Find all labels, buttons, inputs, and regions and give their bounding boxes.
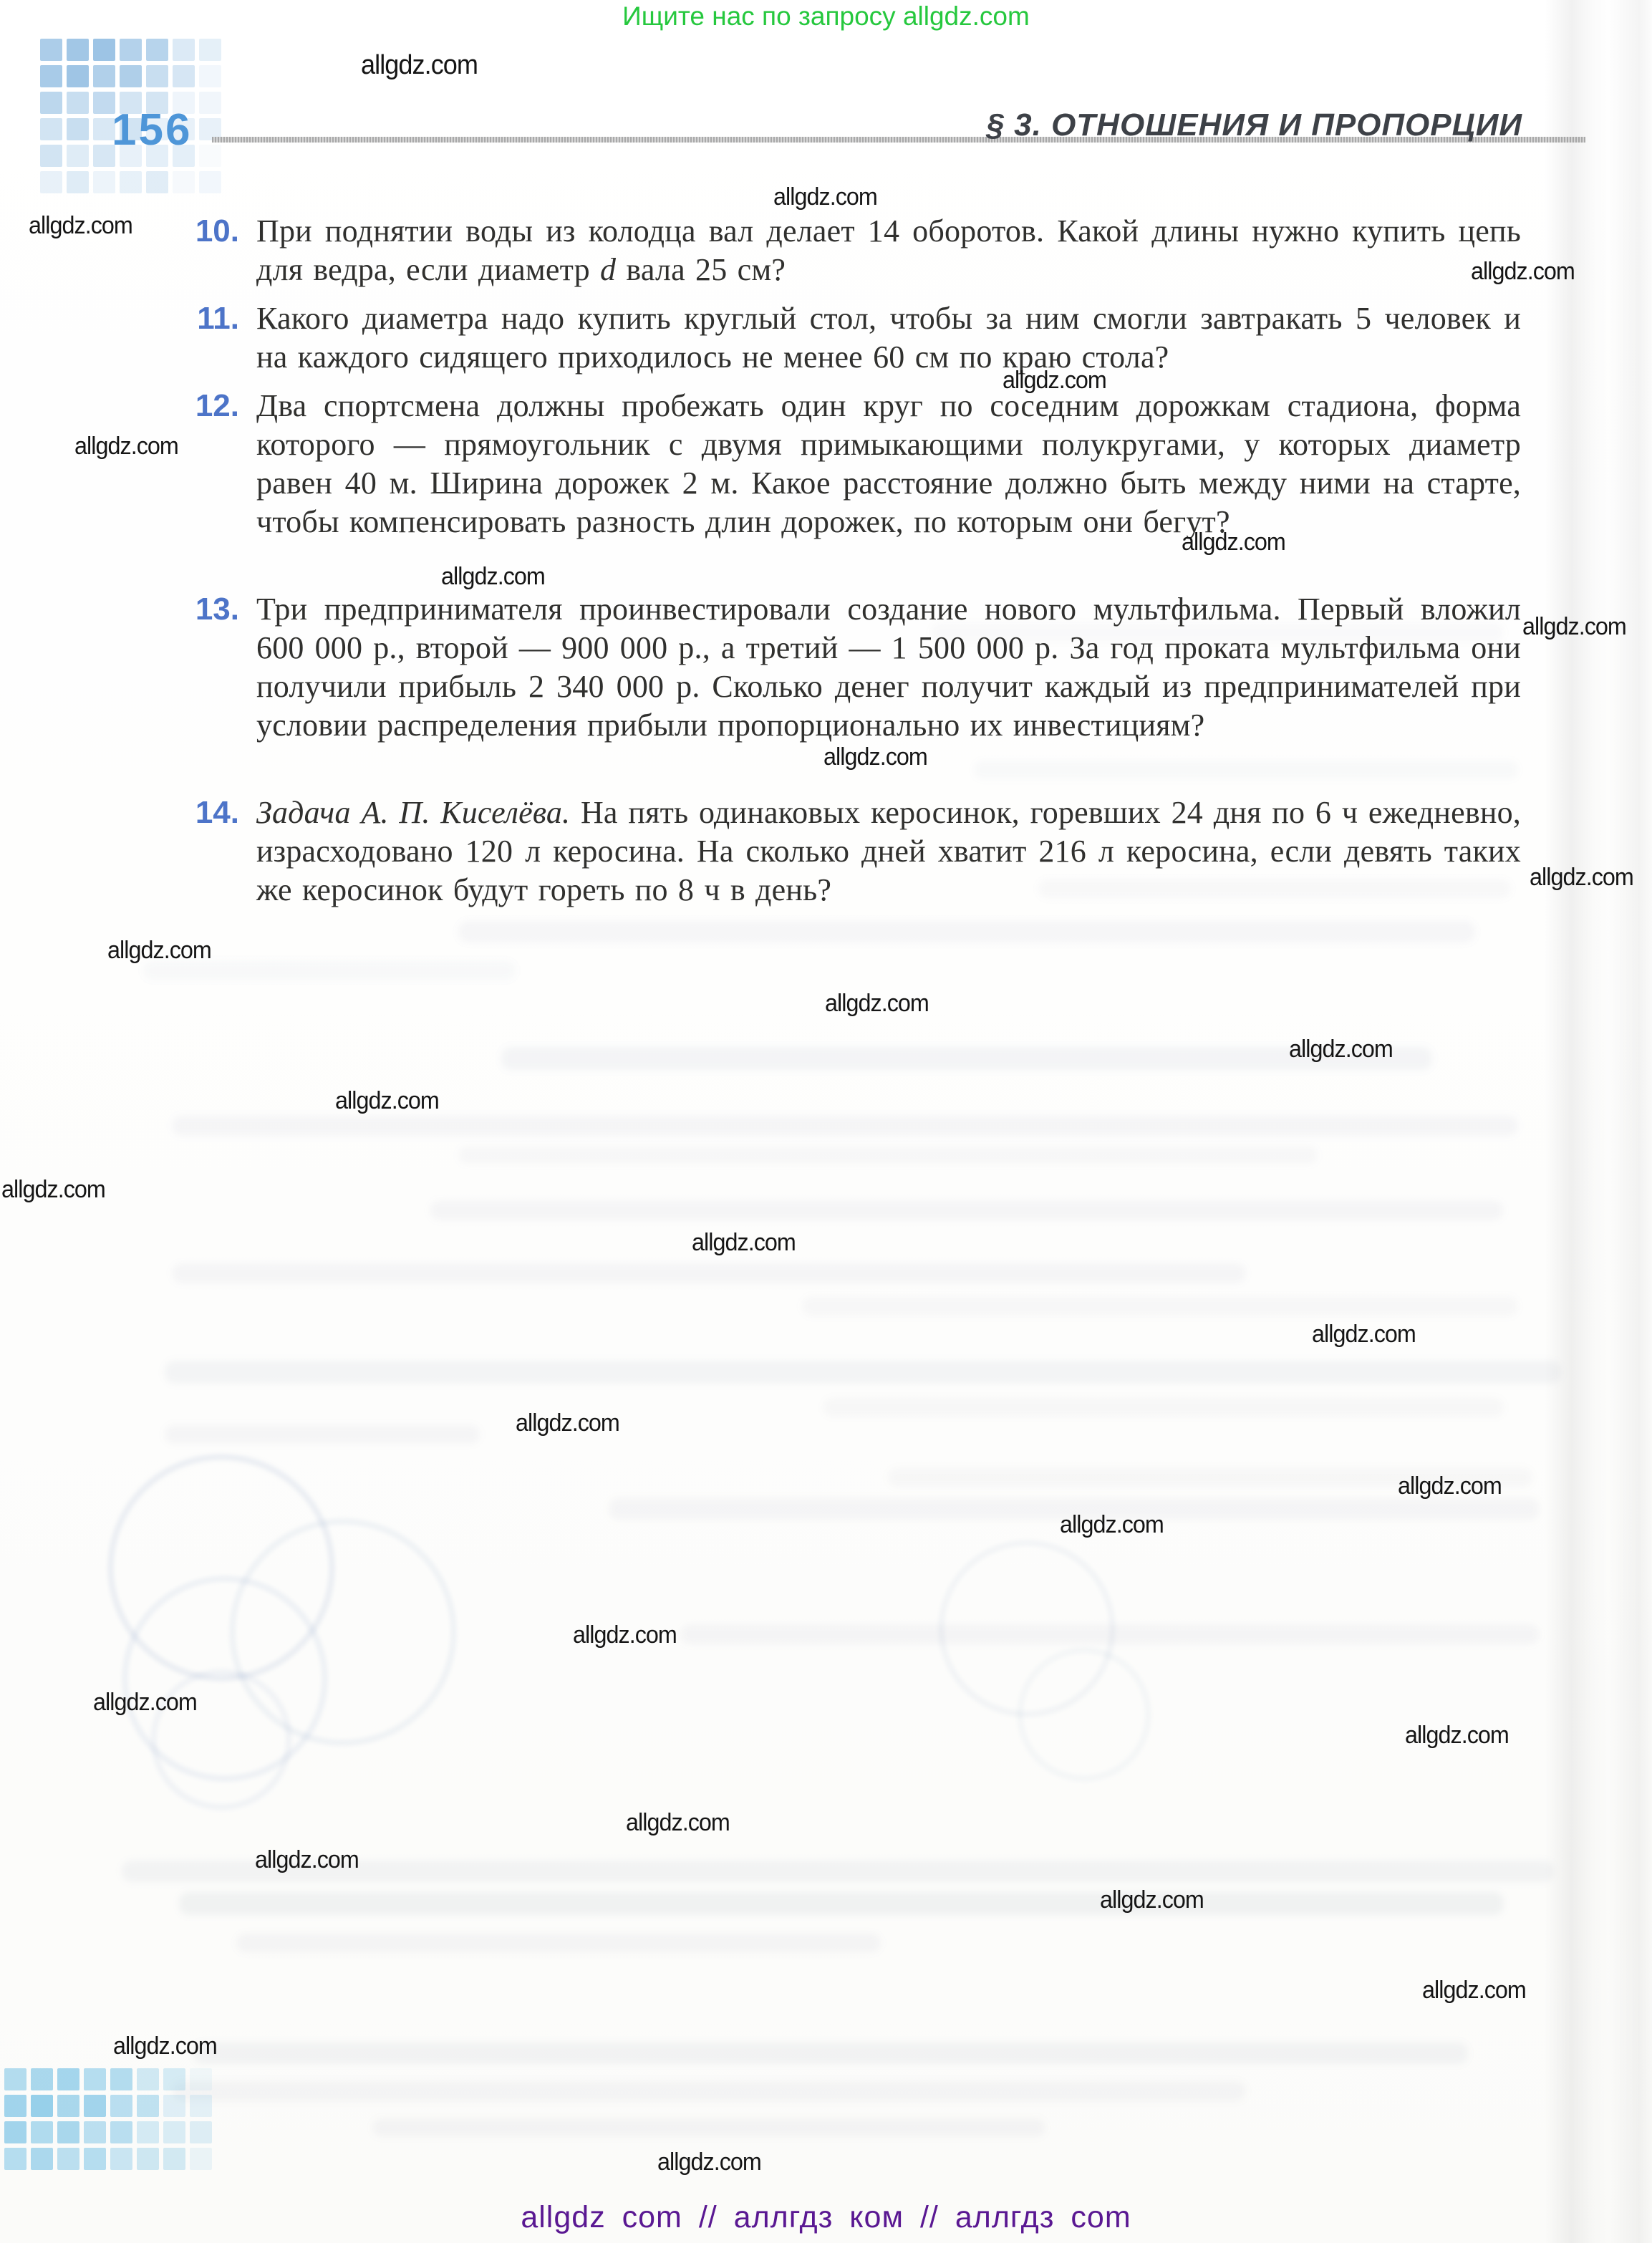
problem-text-segment: Три предпринимателя проинвестировали соз…	[256, 592, 1521, 743]
ghost-text-smudge	[372, 2118, 1045, 2137]
problem-number: 14.	[179, 794, 239, 832]
mosaic-square	[31, 2068, 53, 2090]
problem-item: 12.Два спортсмена должны пробежать один …	[179, 387, 1521, 541]
mosaic-square	[31, 2148, 53, 2170]
mosaic-square	[4, 2121, 26, 2143]
mosaic-square	[67, 39, 89, 61]
mosaic-square	[31, 2095, 53, 2117]
problem-text: При поднятии воды из колодца вал делает …	[256, 212, 1521, 289]
watermark: allgdz.com	[823, 743, 927, 771]
watermark: allgdz.com	[1182, 529, 1285, 556]
problem-text: Три предпринимателя проинвестировали соз…	[256, 590, 1521, 745]
mosaic-square	[199, 145, 221, 167]
page-edge-shadow	[1545, 0, 1652, 2243]
problem-item: 13.Три предпринимателя проинвестировали …	[179, 590, 1521, 745]
mosaic-square	[120, 65, 142, 87]
mosaic-square	[163, 2095, 185, 2117]
problem-number: 10.	[179, 212, 239, 251]
mosaic-square	[93, 65, 115, 87]
mosaic-square	[84, 2148, 106, 2170]
watermark: allgdz.com	[255, 1846, 359, 1874]
mosaic-square	[199, 65, 221, 87]
ghost-text-smudge	[430, 1200, 1504, 1220]
mosaic-square	[146, 39, 168, 61]
mosaic-square	[40, 92, 62, 114]
ghost-text-smudge	[236, 1934, 881, 1952]
ghost-text-smudge	[165, 1361, 1561, 1384]
mosaic-square	[137, 2068, 159, 2090]
watermark: allgdz.com	[657, 2148, 761, 2176]
problem-number: 13.	[179, 590, 239, 629]
watermark: allgdz.com	[1289, 1036, 1393, 1063]
mosaic-square	[40, 39, 62, 61]
mosaic-square	[40, 118, 62, 140]
watermark: allgdz.com	[1398, 1472, 1502, 1500]
mosaic-square	[163, 2068, 185, 2090]
mosaic-square	[84, 2095, 106, 2117]
watermark: allgdz.com	[1003, 367, 1106, 395]
mosaic-square	[120, 39, 142, 61]
watermark: allgdz.com	[692, 1229, 796, 1257]
ghost-circle	[1017, 1647, 1151, 1782]
mosaic-square	[57, 2068, 79, 2090]
mosaic-square	[199, 171, 221, 193]
ghost-text-smudge	[193, 2042, 1468, 2064]
mosaic-square	[110, 2121, 132, 2143]
scanned-textbook-page: Ищите нас по запросу allgdz.com 156 § 3.…	[0, 0, 1652, 2243]
mosaic-square	[67, 171, 89, 193]
watermark: allgdz.com	[74, 433, 178, 460]
promo-banner: Ищите нас по запросу allgdz.com	[0, 1, 1652, 32]
watermark: allgdz.com	[1530, 864, 1633, 892]
problem-text: Два спортсмена должны пробежать один кру…	[256, 387, 1521, 541]
page-number: 156	[112, 105, 192, 155]
mosaic-square	[4, 2068, 26, 2090]
mosaic-square	[110, 2148, 132, 2170]
watermark: allgdz.com	[1060, 1511, 1164, 1539]
problem-text-segment: Два спортсмена должны пробежать один кру…	[256, 388, 1521, 539]
mosaic-square	[67, 65, 89, 87]
problem-text-segment: Какого диаметра надо купить круглый стол…	[256, 301, 1521, 375]
ghost-text-smudge	[172, 1116, 1518, 1136]
mosaic-square	[146, 171, 168, 193]
ghost-text-smudge	[823, 1398, 1504, 1417]
mosaic-square	[110, 2095, 132, 2117]
ghost-text-smudge	[802, 1296, 1518, 1316]
problem-number: 11.	[179, 299, 239, 338]
mosaic-square	[137, 2095, 159, 2117]
watermark: allgdz.com	[361, 50, 478, 81]
mosaic-square	[173, 39, 195, 61]
problem-text-segment: вала 25 см?	[616, 252, 786, 287]
ghost-text-smudge	[172, 1263, 1246, 1283]
mosaic-square	[84, 2068, 106, 2090]
watermark: allgdz.com	[1100, 1886, 1204, 1914]
problem-text-segment: При поднятии воды из колодца вал делает …	[256, 213, 1521, 287]
watermark: allgdz.com	[1405, 1722, 1509, 1750]
mosaic-square	[40, 65, 62, 87]
mosaic-square	[31, 2121, 53, 2143]
footer-text: allgdz com // аллгдз ком // аллгдз com	[0, 2200, 1652, 2235]
mosaic-square	[137, 2148, 159, 2170]
mosaic-square	[67, 118, 89, 140]
watermark: allgdz.com	[441, 563, 545, 591]
mosaic-square	[67, 92, 89, 114]
problem-text-italic-segment: Задача А. П. Киселёва.	[256, 795, 570, 830]
mosaic-square	[137, 2121, 159, 2143]
mosaic-square	[120, 171, 142, 193]
watermark: allgdz.com	[626, 1809, 730, 1837]
problem-item: 14.Задача А. П. Киселёва. На пять одинак…	[179, 794, 1521, 910]
mosaic-square	[110, 2068, 132, 2090]
ghost-text-smudge	[458, 921, 1475, 942]
mosaic-square	[40, 171, 62, 193]
mosaic-square	[199, 92, 221, 114]
problem-item: 11.Какого диаметра надо купить круглый с…	[179, 299, 1521, 377]
ghost-text-smudge	[165, 1425, 480, 1444]
problem-item: 10.При поднятии воды из колодца вал дела…	[179, 212, 1521, 289]
watermark: allgdz.com	[1422, 1977, 1526, 2005]
mosaic-square	[190, 2068, 212, 2090]
ghost-text-smudge	[179, 1892, 1504, 1915]
mosaic-square	[146, 65, 168, 87]
mosaic-square	[173, 65, 195, 87]
mosaic-square	[199, 39, 221, 61]
watermark: allgdz.com	[29, 212, 132, 240]
mosaic-square	[84, 2121, 106, 2143]
watermark: allgdz.com	[773, 183, 877, 211]
mosaic-square	[93, 39, 115, 61]
ghost-text-smudge	[974, 761, 1518, 779]
mosaic-square	[93, 171, 115, 193]
watermark: allgdz.com	[93, 1689, 197, 1717]
watermark: allgdz.com	[335, 1087, 439, 1115]
mosaic-square	[57, 2148, 79, 2170]
section-header: § 3. ОТНОШЕНИЯ И ПРОПОРЦИИ	[917, 107, 1522, 143]
watermark: allgdz.com	[113, 2032, 217, 2060]
ghost-text-smudge	[172, 2081, 1246, 2101]
mosaic-square	[40, 145, 62, 167]
watermark: allgdz.com	[573, 1621, 677, 1649]
mosaic-square	[57, 2095, 79, 2117]
mosaic-square	[190, 2121, 212, 2143]
mosaic-square	[163, 2148, 185, 2170]
problem-text: Какого диаметра надо купить круглый стол…	[256, 299, 1521, 377]
mosaic-square	[173, 171, 195, 193]
watermark: allgdz.com	[825, 990, 929, 1018]
problem-text-italic-segment: d	[600, 252, 616, 287]
ghost-text-smudge	[458, 1146, 1318, 1164]
watermark: allgdz.com	[1, 1176, 105, 1204]
mosaic-square	[57, 2121, 79, 2143]
mosaic-square	[190, 2095, 212, 2117]
problem-text: Задача А. П. Киселёва. На пять одинаковы…	[256, 794, 1521, 910]
watermark: allgdz.com	[1522, 613, 1626, 641]
mosaic-square	[4, 2095, 26, 2117]
mosaic-square	[190, 2148, 212, 2170]
watermark: allgdz.com	[107, 937, 211, 965]
watermark: allgdz.com	[1312, 1321, 1416, 1349]
problem-number: 12.	[179, 387, 239, 425]
watermark: allgdz.com	[516, 1409, 619, 1437]
mosaic-square	[67, 145, 89, 167]
mosaic-square	[163, 2121, 185, 2143]
watermark: allgdz.com	[1471, 258, 1575, 286]
mosaic-square	[4, 2148, 26, 2170]
